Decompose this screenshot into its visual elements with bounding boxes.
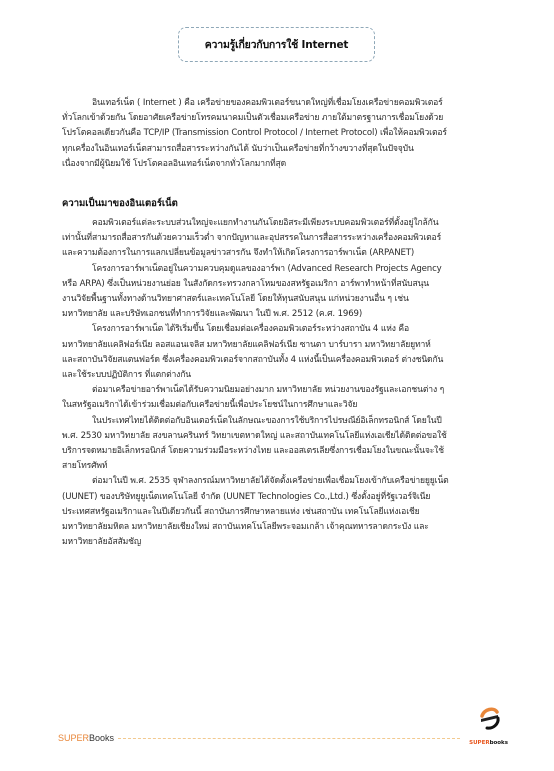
history-paragraph: คอมพิวเตอร์แต่ละระบบส่วนใหญ่จะแยกทำงานกั… — [62, 216, 507, 262]
text-line: เนื่องจากมีผู้นิยมใช้ โปรโตคอลอินเทอร์เน… — [62, 157, 507, 172]
text-line: โครงการอาร์พาเน็ต ได้ริเริ่มขึ้น โดยเชื่… — [62, 322, 507, 337]
page-footer: SUPERBooks SUPERbooks — [58, 731, 508, 745]
text-line: มหาวิทยาลัยมหิดล มหาวิทยาลัยเชียงใหม่ สถ… — [62, 520, 507, 535]
history-paragraph: โครงการอาร์พาเน็ต ได้ริเริ่มขึ้น โดยเชื่… — [62, 322, 507, 383]
text-line: และความต้องการในการแลกเปลี่ยนข้อมูลข่าวส… — [62, 246, 507, 261]
text-line: โปรโตคอลเดียวกันคือ TCP/IP (Transmission… — [62, 126, 507, 141]
brand-super: SUPER — [58, 733, 89, 743]
superbooks-logo: SUPERbooks — [468, 706, 508, 746]
text-line: (UUNET) ของบริษัทยูยูเน็ตเทคโนโลยี จำกัด… — [62, 490, 507, 505]
document-body: อินเทอร์เน็ต ( Internet ) คือ เครือข่ายข… — [62, 96, 507, 550]
text-line: คอมพิวเตอร์แต่ละระบบส่วนใหญ่จะแยกทำงานกั… — [62, 216, 507, 231]
footer-brand: SUPERBooks — [58, 733, 114, 743]
title-box: ความรู้เกี่ยวกับการใช้ Internet — [178, 27, 375, 62]
text-line: ในสหรัฐอเมริกาได้เข้าร่วมเชื่อมต่อกับเคร… — [62, 398, 507, 413]
brand-books: Books — [89, 733, 114, 743]
text-line: โครงการอาร์พาเน็ตอยู่ในความควบคุมดูแลของ… — [62, 262, 507, 277]
text-line: หรือ ARPA) ซึ่งเป็นหน่วยงานย่อย ในสังกัด… — [62, 277, 507, 292]
text-line: มหาวิทยาลัยแคลิฟอร์เนีย ลอสแอนเจลิส มหาว… — [62, 338, 507, 353]
text-line: พ.ศ. 2530 มหาวิทยาลัย สงขลานครินทร์ วิทย… — [62, 429, 507, 444]
swirl-globe-icon — [478, 706, 502, 732]
text-line: และใช้ระบบปฏิบัติการ ที่แตกต่างกัน — [62, 368, 507, 383]
text-line: ประเทศสหรัฐอเมริกาและในปีเดียวกันนี้ สถา… — [62, 505, 507, 520]
text-line: ในประเทศไทยได้ติดต่อกับอินเตอร์เน็ตในลัก… — [62, 414, 507, 429]
text-line: ต่อมาเครือข่ายอาร์พาเน็ตได้รับความนิยมอย… — [62, 383, 507, 398]
history-paragraph: โครงการอาร์พาเน็ตอยู่ในความควบคุมดูแลของ… — [62, 262, 507, 323]
logo-wordmark: SUPERbooks — [469, 740, 508, 746]
intro-paragraph: อินเทอร์เน็ต ( Internet ) คือ เครือข่ายข… — [62, 96, 507, 172]
history-paragraph: ต่อมาในปี พ.ศ. 2535 จุฬาลงกรณ์มหาวิทยาลั… — [62, 474, 507, 550]
text-line: ทั่วโลกเข้าด้วยกัน โดยอาศัยเครือข่ายโทรค… — [62, 111, 507, 126]
text-line: ต่อมาในปี พ.ศ. 2535 จุฬาลงกรณ์มหาวิทยาลั… — [62, 474, 507, 489]
text-line: เท่านั้นที่สามารถสื่อสารกันด้วยความเร็วต… — [62, 231, 507, 246]
text-line: และสถาบันวิจัยสแตนฟอร์ด ซึ่งเครื่องคอมพิ… — [62, 353, 507, 368]
history-paragraph: ในประเทศไทยได้ติดต่อกับอินเตอร์เน็ตในลัก… — [62, 414, 507, 475]
history-paragraph: ต่อมาเครือข่ายอาร์พาเน็ตได้รับความนิยมอย… — [62, 383, 507, 413]
text-line: มหาวิทยาลัยอัสสัมชัญ — [62, 535, 507, 550]
text-line: บริการจดหมายอิเล็กทรอนิกส์ โดยความร่วมมื… — [62, 444, 507, 459]
text-line: งานวิจัยพื้นฐานทั้งทางด้านวิทยาศาสตร์และ… — [62, 292, 507, 307]
section-heading: ความเป็นมาของอินเตอร์เน็ต — [62, 196, 507, 211]
text-line: มหาวิทยาลัย และบริษัทเอกชนที่ทำการวิจัยแ… — [62, 307, 507, 322]
text-line: อินเทอร์เน็ต ( Internet ) คือ เครือข่ายข… — [62, 96, 507, 111]
text-line: ทุกเครื่องในอินเทอร์เน็ตสามารถสื่อสารระห… — [62, 142, 507, 157]
text-line: สายโทรศัพท์ — [62, 459, 507, 474]
footer-divider — [118, 738, 460, 739]
page-title: ความรู้เกี่ยวกับการใช้ Internet — [205, 36, 349, 53]
